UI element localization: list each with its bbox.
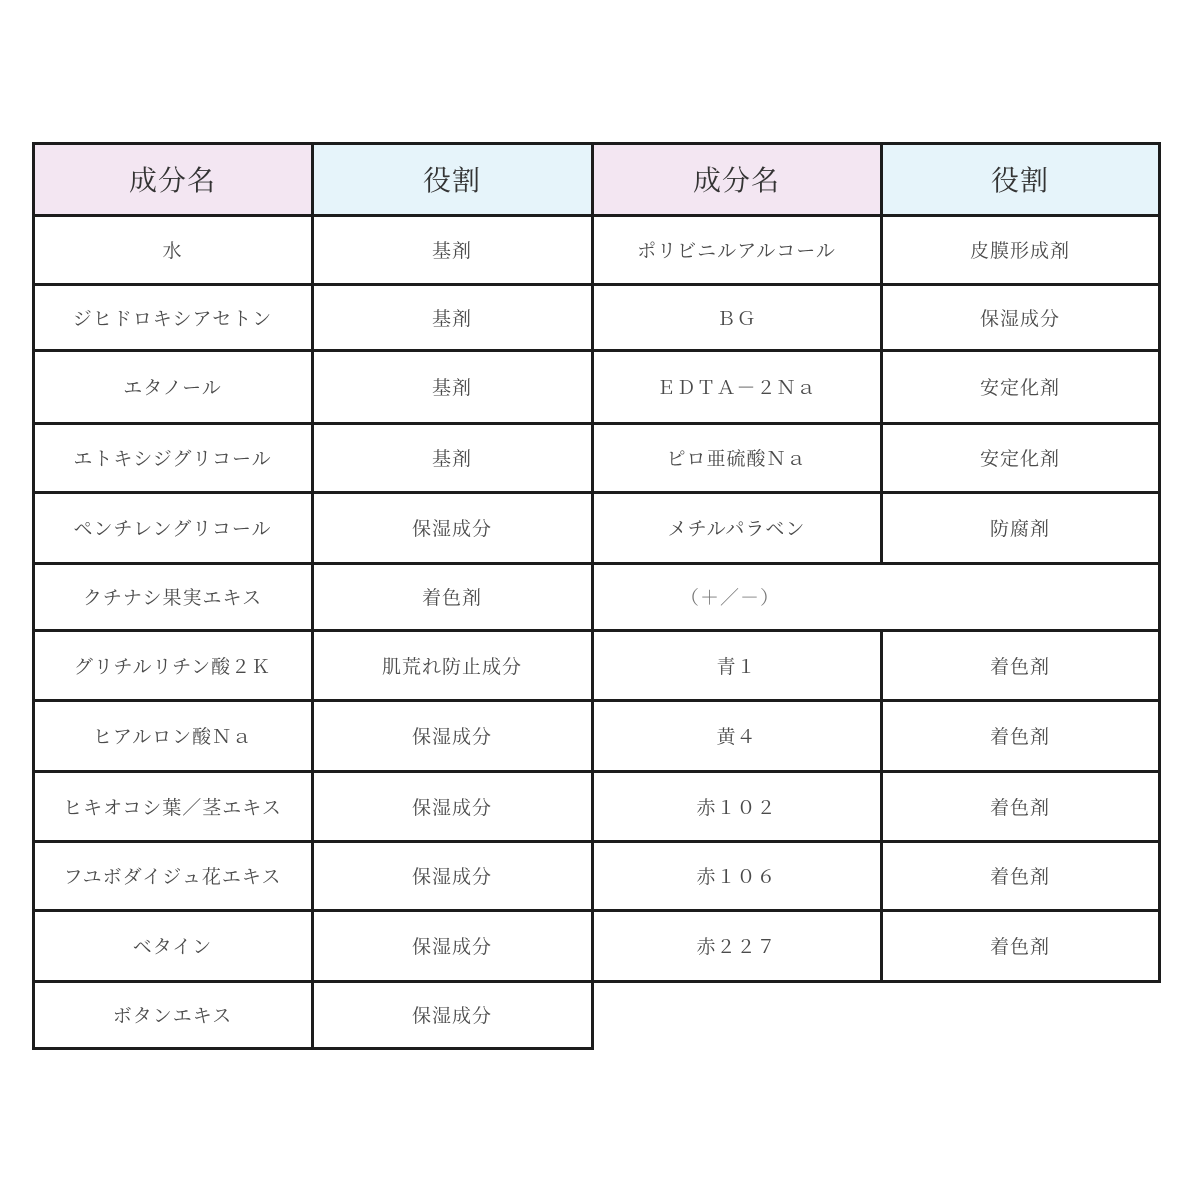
table-rule [880, 770, 883, 843]
table-rule [32, 142, 35, 1050]
ingredient-role-cell: 保湿成分 [312, 492, 592, 563]
ingredient-role-cell: 基剤 [312, 284, 592, 350]
table-rule [591, 142, 594, 1050]
table-rule [591, 214, 1161, 217]
table-rule [880, 629, 883, 702]
table-rule [880, 142, 883, 217]
ingredient-name-cell: ピロ亜硫酸Ｎａ [592, 423, 881, 492]
table-rule [591, 491, 1161, 494]
table-rule [880, 491, 883, 565]
table-rule [880, 840, 883, 912]
table-rule [880, 909, 883, 983]
header-role: 役割 [881, 143, 1159, 215]
table-rule [880, 699, 883, 773]
table-rule [591, 980, 1161, 983]
ingredient-name-cell: ペンチレングリコール [33, 492, 312, 563]
table-rule [880, 283, 883, 352]
ingredient-role-cell: 着色剤 [881, 700, 1159, 771]
ingredient-role-cell: 安定化剤 [881, 423, 1159, 492]
ingredient-name-cell: クチナシ果実エキス [33, 563, 312, 630]
table-rule [880, 214, 883, 286]
ingredient-name-cell: ヒアルロン酸Ｎａ [33, 700, 312, 771]
ingredient-role-cell: 着色剤 [881, 841, 1159, 910]
ingredient-name-cell: 赤２２７ [592, 910, 881, 981]
ingredient-role-cell: 安定化剤 [881, 350, 1159, 423]
table-rule [591, 349, 1161, 352]
ingredient-name-cell: メチルパラベン [592, 492, 881, 563]
ingredient-role-cell: 防腐剤 [881, 492, 1159, 563]
ingredient-role-cell: 基剤 [312, 215, 592, 284]
ingredient-name-cell: 青１ [592, 630, 881, 700]
header-ingredient-name: 成分名 [592, 143, 881, 215]
table-rule [591, 629, 1161, 632]
ingredient-name-cell: ヒキオコシ葉／茎エキス [33, 771, 312, 841]
ingredient-name-cell: ベタイン [33, 910, 312, 981]
table-rule [880, 422, 883, 494]
ingredient-role-cell: 保湿成分 [312, 910, 592, 981]
table-rule [880, 349, 883, 425]
ingredient-name-cell: ボタンエキス [33, 981, 312, 1048]
ingredient-name-cell: ポリビニルアルコール [592, 215, 881, 284]
ingredient-name-cell: グリチルリチン酸２Ｋ [33, 630, 312, 700]
ingredient-role-cell: 肌荒れ防止成分 [312, 630, 592, 700]
ingredient-name-cell: 赤１０６ [592, 841, 881, 910]
ingredient-role-cell: 着色剤 [312, 563, 592, 630]
ingredient-name-cell: ＥＤＴＡ－２Ｎａ [592, 350, 881, 423]
ingredient-name-cell: エトキシジグリコール [33, 423, 312, 492]
table-rule [591, 142, 1161, 145]
ingredient-name-cell: エタノール [33, 350, 312, 423]
ingredient-role-cell: 着色剤 [881, 771, 1159, 841]
ingredient-name-cell: フユボダイジュ花エキス [33, 841, 312, 910]
ingredient-name-cell: 水 [33, 215, 312, 284]
ingredient-name-cell: 赤１０２ [592, 771, 881, 841]
ingredient-role-cell: 着色剤 [881, 910, 1159, 981]
ingredient-role-cell: 基剤 [312, 423, 592, 492]
ingredient-role-cell: 保湿成分 [312, 700, 592, 771]
ingredient-role-cell: 保湿成分 [881, 284, 1159, 350]
ingredient-name-cell: ジヒドロキシアセトン [33, 284, 312, 350]
ingredient-role-cell: 皮膜形成剤 [881, 215, 1159, 284]
table-rule [311, 142, 314, 1050]
table-rule [591, 909, 1161, 912]
note-cell: （＋／－） [592, 563, 1159, 630]
ingredient-role-cell: 保湿成分 [312, 981, 592, 1048]
table-rule [1158, 142, 1161, 983]
ingredient-name-cell: ＢＧ [592, 284, 881, 350]
table-rule [591, 840, 1161, 843]
header-ingredient-name: 成分名 [33, 143, 312, 215]
table-rule [591, 562, 1161, 565]
header-role: 役割 [312, 143, 592, 215]
table-rule [591, 283, 1161, 286]
table-rule [591, 770, 1161, 773]
ingredient-name-cell: 黄４ [592, 700, 881, 771]
ingredient-role-cell: 着色剤 [881, 630, 1159, 700]
ingredient-role-cell: 基剤 [312, 350, 592, 423]
ingredient-role-cell: 保湿成分 [312, 771, 592, 841]
table-rule [591, 422, 1161, 425]
ingredient-role-cell: 保湿成分 [312, 841, 592, 910]
table-rule [591, 699, 1161, 702]
